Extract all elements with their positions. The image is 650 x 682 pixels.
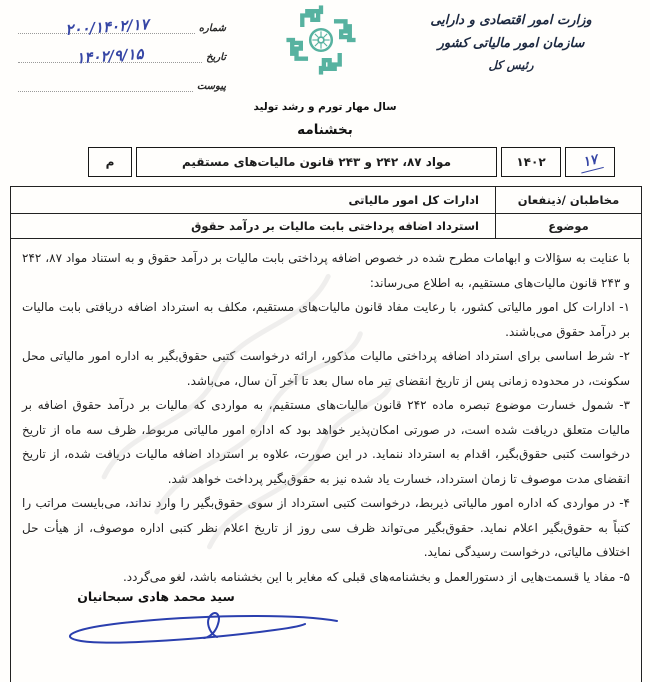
attachment-row: پیوست <box>18 72 226 92</box>
date-dotted-line: ۱۴۰۲/۹/۱۵ <box>18 43 202 63</box>
ref-cell-articles: مواد ۸۷، ۲۴۲ و ۲۴۳ قانون مالیات‌های مستق… <box>136 147 497 177</box>
audience-value: ادارات کل امور مالیاتی <box>11 193 495 207</box>
subject-label: موضوع <box>495 214 641 238</box>
number-label: شماره <box>195 23 226 34</box>
handwritten-serial: ۱۷ <box>577 151 603 174</box>
ref-cell-handwritten-number: ۱۷ <box>565 147 615 177</box>
body-item-1: ۱- ادارات کل امور مالیاتی کشور، با رعایت… <box>22 295 630 344</box>
year-slogan: سال مهار تورم و رشد تولید <box>0 101 650 113</box>
main-content-box: مخاطبان /ذینفعان ادارات کل امور مالیاتی … <box>10 186 642 682</box>
handwritten-date: ۱۴۰۲/۹/۱۵ <box>76 45 144 68</box>
attachment-label: پیوست <box>193 81 226 92</box>
audience-row: مخاطبان /ذینفعان ادارات کل امور مالیاتی <box>11 187 641 214</box>
body-item-2: ۲- شرط اساسی برای استرداد اضافه پرداختی … <box>22 344 630 393</box>
circular-body: با عنایت به سؤالات و ابهامات مطرح شده در… <box>11 239 641 589</box>
date-row: تاریخ ۱۴۰۲/۹/۱۵ <box>18 43 226 63</box>
handwritten-number: ۲۰۰/۱۴۰۲/۱۷ <box>64 15 149 39</box>
document-reference-block: شماره ۲۰۰/۱۴۰۲/۱۷ تاریخ ۱۴۰۲/۹/۱۵ پیوست <box>18 14 226 101</box>
role-title: رئیس کل <box>386 55 636 76</box>
body-item-5: ۵- مفاد یا قسمت‌هایی از دستورالعمل و بخش… <box>22 565 630 590</box>
ref-cell-category: م <box>88 147 132 177</box>
body-item-4: ۴- در مواردی که اداره امور مالیاتی ذیربط… <box>22 491 630 565</box>
number-row: شماره ۲۰۰/۱۴۰۲/۱۷ <box>18 14 226 34</box>
reference-table: ۱۷ ۱۴۰۲ مواد ۸۷، ۲۴۲ و ۲۴۳ قانون مالیات‌… <box>88 147 615 177</box>
subject-row: موضوع استرداد اضافه پرداختی بابت مالیات … <box>11 214 641 239</box>
audience-label: مخاطبان /ذینفعان <box>495 187 641 213</box>
signatory-name: سید محمد هادی سبحانیان <box>66 589 246 604</box>
circular-document-page: شماره ۲۰۰/۱۴۰۲/۱۷ تاریخ ۱۴۰۲/۹/۱۵ پیوست <box>0 0 650 682</box>
signature-icon <box>39 607 344 652</box>
body-intro: با عنایت به سؤالات و ابهامات مطرح شده در… <box>22 246 630 295</box>
date-label: تاریخ <box>202 52 226 63</box>
attachment-dotted-line <box>18 72 193 92</box>
subject-value: استرداد اضافه پرداختی بابت مالیات بر درآ… <box>11 219 495 233</box>
document-type-title: بخشنامه <box>0 122 650 138</box>
number-dotted-line: ۲۰۰/۱۴۰۲/۱۷ <box>18 14 195 34</box>
ref-cell-year: ۱۴۰۲ <box>501 147 561 177</box>
ministry-title: وزارت امور اقتصادی و دارایی <box>386 10 636 32</box>
organization-title: سازمان امور مالیاتی کشور <box>386 32 636 55</box>
body-item-3: ۳- شمول خسارت موضوع تبصره ماده ۲۴۲ قانون… <box>22 393 630 491</box>
letterhead-org-block: وزارت امور اقتصادی و دارایی سازمان امور … <box>386 10 636 76</box>
tax-organization-logo-icon <box>285 4 357 76</box>
